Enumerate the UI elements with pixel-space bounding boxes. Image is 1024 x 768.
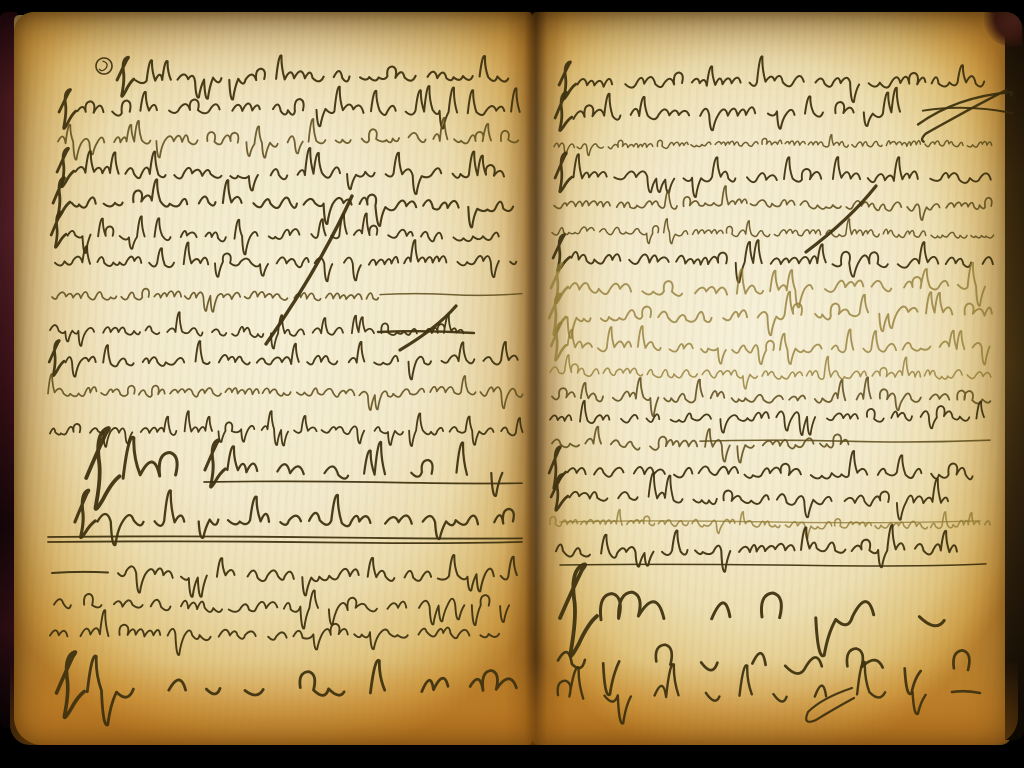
right-cover-edge	[1005, 18, 1024, 740]
left-page	[14, 12, 532, 745]
right-page	[532, 12, 1012, 745]
manuscript-photo	[0, 0, 1024, 768]
